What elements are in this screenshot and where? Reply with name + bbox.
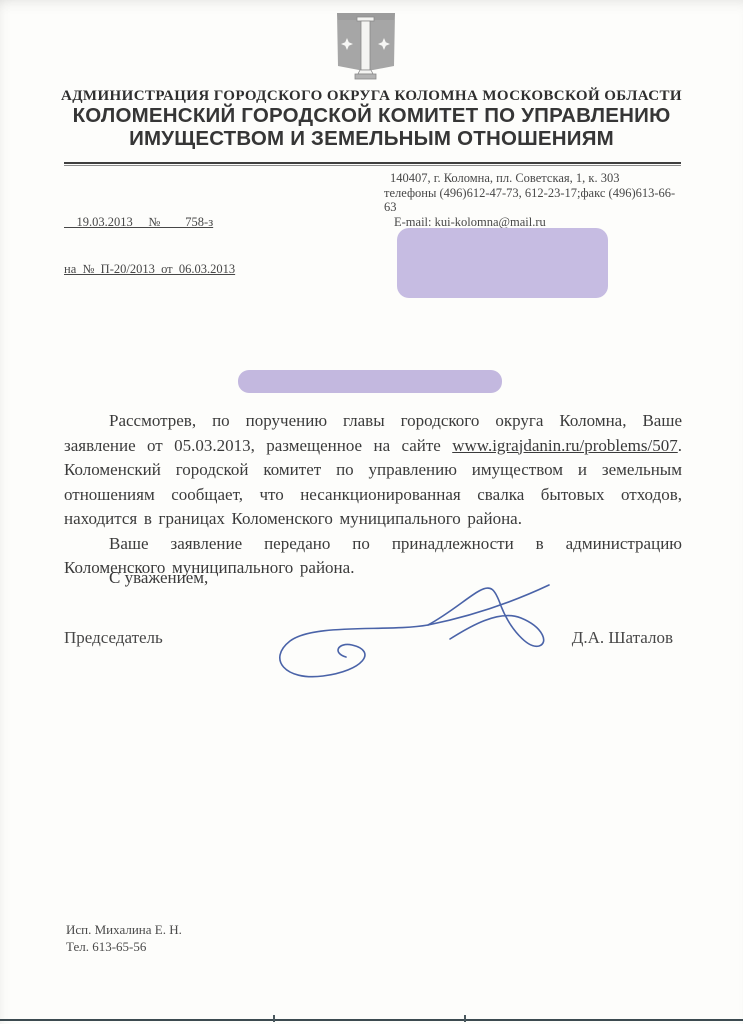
email-address: E-mail: kui-kolomna@mail.ru — [384, 215, 684, 230]
committee-title-line1: КОЛОМЕНСКИЙ ГОРОДСКОЙ КОМИТЕТ ПО УПРАВЛЕ… — [0, 104, 743, 127]
executor-name: Исп. Михалина Е. Н. — [66, 922, 182, 939]
incoming-reference: на № П-20/2013 от 06.03.2013 — [64, 262, 235, 278]
kolomna-coat-of-arms-icon — [333, 12, 399, 84]
letterhead-divider — [64, 162, 681, 166]
committee-title: КОЛОМЕНСКИЙ ГОРОДСКОЙ КОМИТЕТ ПО УПРАВЛЕ… — [0, 104, 743, 150]
signatory-position: Председатель — [64, 628, 163, 648]
scan-artifact-tick — [273, 1015, 275, 1022]
handwritten-signature — [272, 578, 557, 686]
printed-url: www.igrajdanin.ru/problems/507 — [452, 436, 678, 455]
scanned-letter-page: АДМИНИСТРАЦИЯ ГОРОДСКОГО ОКРУГА КОЛОМНА … — [0, 0, 743, 1024]
redaction-recipient-block — [397, 228, 608, 298]
committee-title-line2: ИМУЩЕСТВОМ И ЗЕМЕЛЬНЫМ ОТНОШЕНИЯМ — [0, 127, 743, 150]
reference-numbers: 19.03.2013 № 758-з на № П-20/2013 от 06.… — [64, 184, 235, 308]
phone-numbers: телефоны (496)612-47-73, 612-23-17;факс … — [384, 186, 684, 215]
organization-name: АДМИНИСТРАЦИЯ ГОРОДСКОГО ОКРУГА КОЛОМНА … — [0, 88, 743, 105]
executor-phone: Тел. 613-65-56 — [66, 939, 182, 956]
executor-info: Исп. Михалина Е. Н. Тел. 613-65-56 — [66, 922, 182, 955]
postal-address: 140407, г. Коломна, пл. Советская, 1, к.… — [384, 171, 684, 186]
signatory-name: Д.А. Шаталов — [572, 628, 673, 648]
scan-bottom-edge — [0, 1019, 743, 1021]
redaction-salutation-strip — [238, 370, 502, 393]
letter-body: Рассмотрев, по поручению главы городског… — [64, 409, 682, 581]
outgoing-reference: 19.03.2013 № 758-з — [64, 215, 235, 231]
contact-details: 140407, г. Коломна, пл. Советская, 1, к.… — [384, 171, 684, 229]
scan-artifact-tick — [464, 1015, 466, 1022]
paragraph-1: Рассмотрев, по поручению главы городског… — [64, 409, 682, 532]
closing-phrase: С уважением, — [109, 568, 208, 588]
